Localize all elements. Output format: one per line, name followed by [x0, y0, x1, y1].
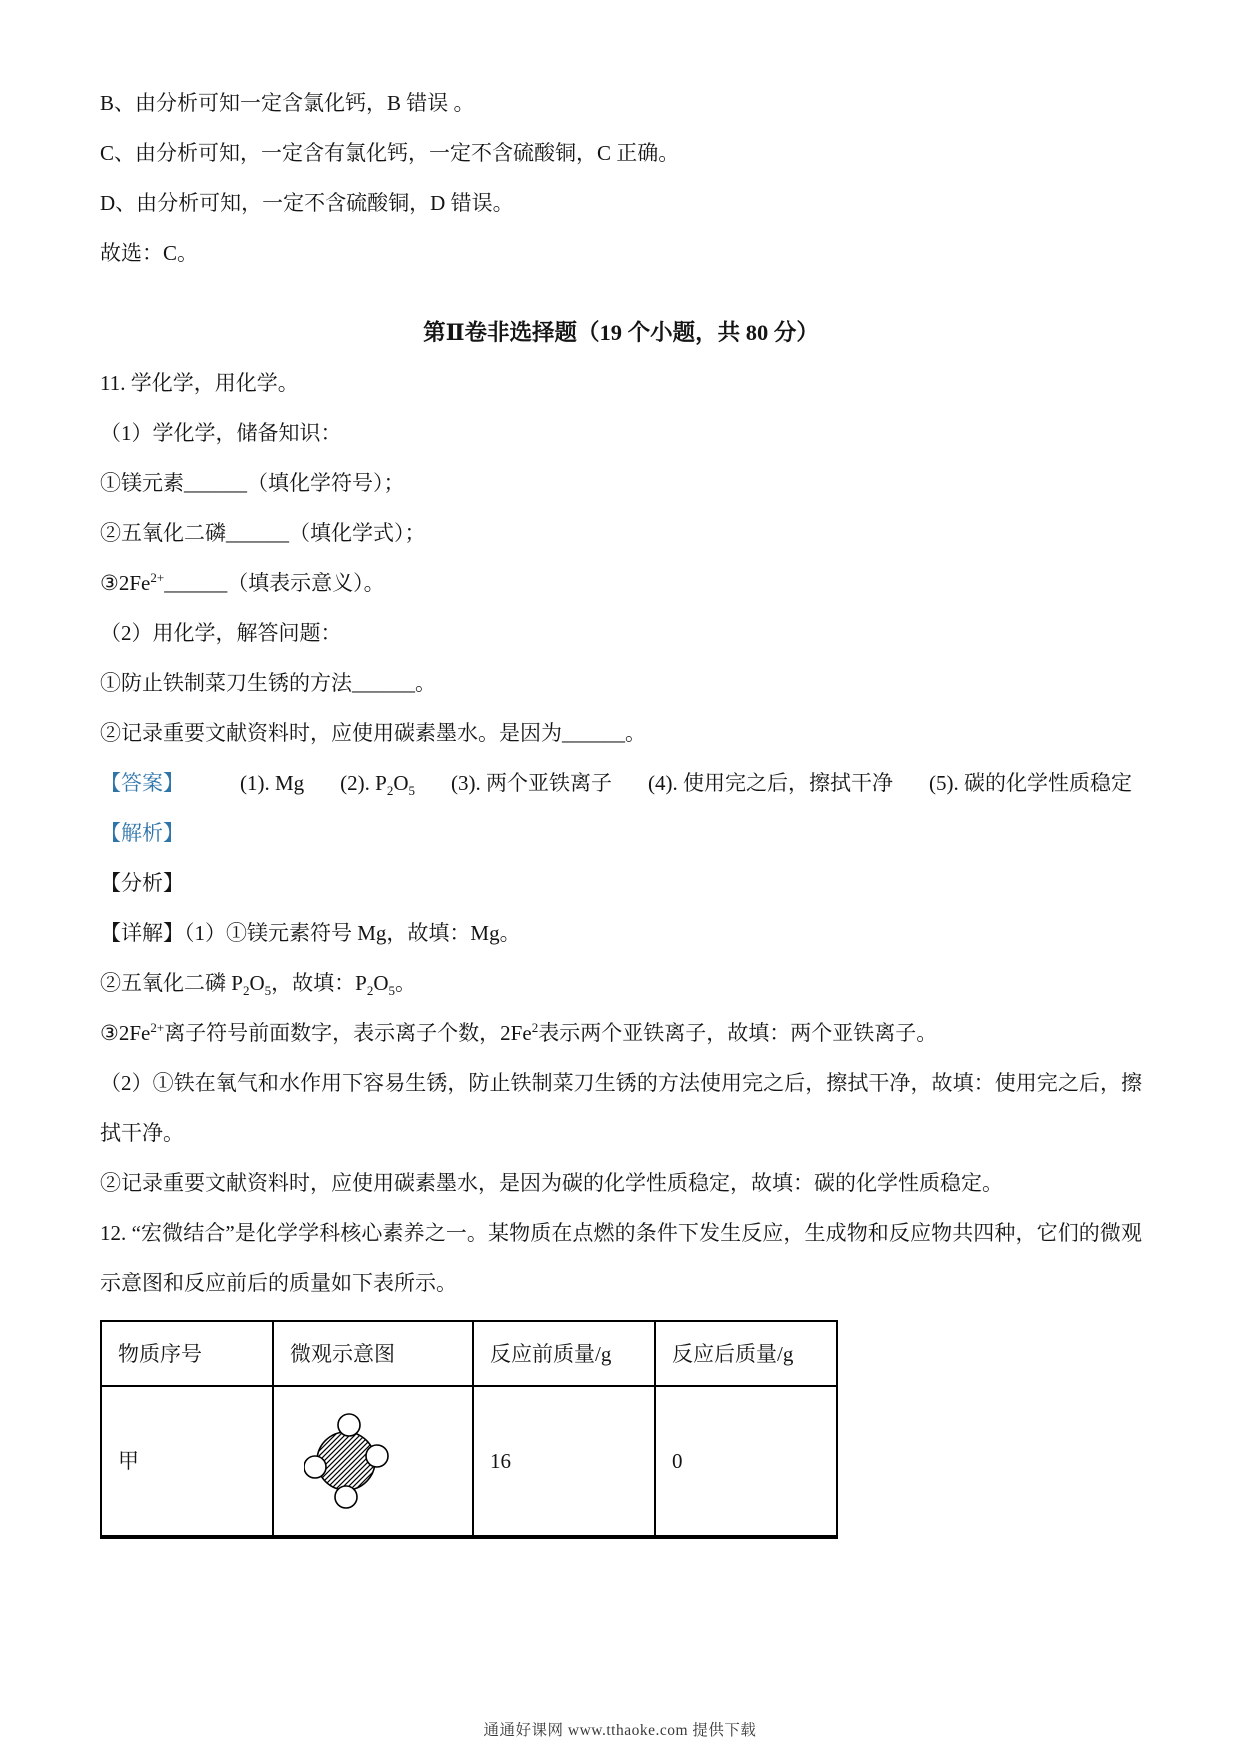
choice-b-analysis: B、由分析可知一定含氯化钙，B 错误 。 — [100, 78, 1142, 128]
q11-part2-blank2: ②记录重要文献资料时，应使用碳素墨水。是因为______。 — [100, 708, 1142, 758]
q11-blank-fe: ③2Fe2+______（填表示意义）。 — [100, 558, 1142, 608]
header-mass-after: 反应后质量/g — [655, 1321, 837, 1386]
q12-stem: 12. “宏微结合”是化学学科核心素养之一。某物质在点燃的条件下发生反应，生成物… — [100, 1208, 1142, 1308]
cell-mass-before: 16 — [473, 1386, 655, 1537]
q11-detail-4: （2）①铁在氧气和水作用下容易生锈，防止铁制菜刀生锈的方法使用完之后，擦拭干净，… — [100, 1058, 1142, 1158]
table-header-row: 物质序号 微观示意图 反应前质量/g 反应后质量/g — [101, 1321, 837, 1386]
section-title: 第Ⅱ卷非选择题（19 个小题，共 80 分） — [100, 308, 1142, 358]
jiexi-label: 【解析】 — [100, 808, 1142, 858]
q11-blank-p2o5: ②五氧化二磷______（填化学式）； — [100, 508, 1142, 558]
cell-diagram — [273, 1386, 473, 1537]
q11-detail-5: ②记录重要文献资料时，应使用碳素墨水，是因为碳的化学性质稳定，故填：碳的化学性质… — [100, 1158, 1142, 1208]
ch4-molecule-icon — [290, 1411, 456, 1511]
cell-substance: 甲 — [101, 1386, 273, 1537]
q11-detail-3: ③2Fe2+离子符号前面数字，表示离子个数，2Fe2表示两个亚铁离子，故填：两个… — [100, 1008, 1142, 1058]
q11-part1-title: （1）学化学，储备知识： — [100, 408, 1142, 458]
document-page: B、由分析可知一定含氯化钙，B 错误 。 C、由分析可知，一定含有氯化钙，一定不… — [0, 0, 1240, 1754]
header-diagram: 微观示意图 — [273, 1321, 473, 1386]
q11-stem: 11. 学化学，用化学。 — [100, 358, 1142, 408]
fenxi-label: 【分析】 — [100, 858, 1142, 908]
header-substance: 物质序号 — [101, 1321, 273, 1386]
cell-mass-after: 0 — [655, 1386, 837, 1537]
page-footer: 通通好课网 www.tthaoke.com 提供下载 — [0, 1718, 1240, 1740]
choice-c-analysis: C、由分析可知，一定含有氯化钙，一定不含硫酸铜，C 正确。 — [100, 128, 1142, 178]
q11-part2-blank1: ①防止铁制菜刀生锈的方法______。 — [100, 658, 1142, 708]
q12-table: 物质序号 微观示意图 反应前质量/g 反应后质量/g 甲 — [100, 1320, 838, 1539]
answer-choice: 故选：C。 — [100, 228, 1142, 278]
choice-d-analysis: D、由分析可知，一定不含硫酸铜，D 错误。 — [100, 178, 1142, 228]
table-row: 甲 — [101, 1386, 837, 1537]
document-body: B、由分析可知一定含氯化钙，B 错误 。 C、由分析可知，一定含有氯化钙，一定不… — [100, 78, 1142, 1539]
q11-answer-line: 【答案】(1). Mg(2). P2O5(3). 两个亚铁离子(4). 使用完之… — [100, 758, 1142, 808]
q11-detail-2: ②五氧化二磷 P2O5，故填：P2O5。 — [100, 958, 1142, 1008]
header-mass-before: 反应前质量/g — [473, 1321, 655, 1386]
q11-detail-1: 【详解】（1）①镁元素符号 Mg，故填：Mg。 — [100, 908, 1142, 958]
q11-part2-title: （2）用化学，解答问题： — [100, 608, 1142, 658]
q11-blank-mg: ①镁元素______（填化学符号）； — [100, 458, 1142, 508]
